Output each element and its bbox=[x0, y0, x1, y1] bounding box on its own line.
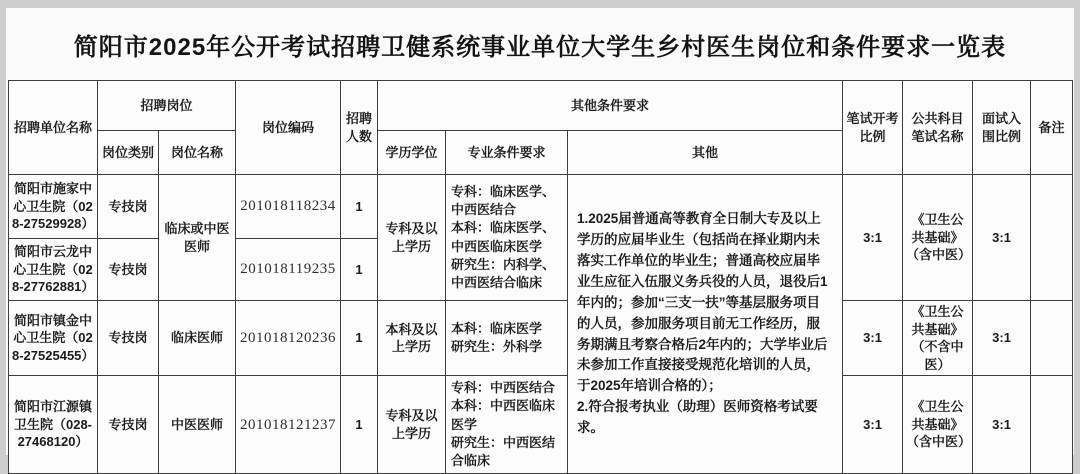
headcount-cell: 1 bbox=[341, 239, 378, 301]
interview-ratio-cell: 3:1 bbox=[973, 175, 1031, 301]
interview-ratio-cell: 3:1 bbox=[973, 301, 1031, 376]
headcount-cell: 1 bbox=[341, 376, 378, 459]
category-cell: 专技岗 bbox=[98, 239, 159, 301]
col-header-job-category: 岗位类别 bbox=[98, 131, 159, 175]
written-ratio-cell: 3:1 bbox=[843, 175, 903, 301]
major-req-cell: 本科：临床医学 研究生：外科学 bbox=[446, 301, 568, 376]
headcount-cell: 1 bbox=[341, 175, 378, 239]
written-subject-cell: 《卫生公共基础》（含中医） bbox=[903, 376, 973, 459]
table-row: 简阳市施家中心卫生院（028-27529928） 专技岗 临床或中医医师 201… bbox=[9, 175, 1073, 239]
table-row: 简阳市江源镇卫生院（028-27468120） 专技岗 中医医师 2010181… bbox=[9, 376, 1073, 459]
headcount-cell: 1 bbox=[341, 301, 378, 376]
category-cell: 专技岗 bbox=[98, 376, 159, 459]
written-subject-cell: 《卫生公共基础》（不含中医） bbox=[903, 301, 973, 376]
page-title: 简阳市2025年公开考试招聘卫健系统事业单位大学生乡村医生岗位和条件要求一览表 bbox=[74, 27, 1006, 62]
col-header-education: 学历学位 bbox=[378, 131, 446, 175]
category-cell: 专技岗 bbox=[98, 301, 159, 376]
col-header-job-name: 岗位名称 bbox=[159, 131, 236, 175]
remark-cell bbox=[1031, 376, 1073, 459]
job-name-cell: 临床医师 bbox=[159, 301, 236, 376]
interview-ratio-cell: 3:1 bbox=[973, 376, 1031, 459]
remark-cell bbox=[1031, 175, 1073, 301]
jobs-table: 招聘单位名称 招聘岗位 岗位编码 招聘人数 其他条件要求 笔试开考比例 公共科目… bbox=[8, 80, 1073, 459]
col-header-major-req: 专业条件要求 bbox=[446, 131, 568, 175]
title-bar: 简阳市2025年公开考试招聘卫健系统事业单位大学生乡村医生岗位和条件要求一览表 bbox=[6, 8, 1074, 80]
col-header-other: 其他 bbox=[568, 131, 843, 175]
col-header-headcount: 招聘人数 bbox=[341, 81, 378, 175]
major-req-cell: 专科：临床医学、中西医结合 本科：临床医学、中西医临床医学 研究生：内科学、中西… bbox=[446, 175, 568, 301]
col-header-job-group: 招聘岗位 bbox=[98, 81, 236, 131]
col-header-written-subject: 公共科目笔试名称 bbox=[903, 81, 973, 175]
remark-cell bbox=[1031, 301, 1073, 376]
education-cell: 本科及以上学历 bbox=[378, 301, 446, 376]
col-header-remarks: 备注 bbox=[1031, 81, 1073, 175]
document-sheet: 简阳市2025年公开考试招聘卫健系统事业单位大学生乡村医生岗位和条件要求一览表 … bbox=[6, 8, 1074, 455]
unit-cell: 简阳市江源镇卫生院（028-27468120） bbox=[9, 376, 98, 459]
col-header-job-code: 岗位编码 bbox=[236, 81, 341, 175]
table-row: 简阳市镇金中心卫生院（028-27525455） 专技岗 临床医师 201018… bbox=[9, 301, 1073, 376]
unit-cell: 简阳市云龙中心卫生院（028-27762881） bbox=[9, 239, 98, 301]
major-req-cell: 专科：中西医结合 本科：中西医临床医学 研究生：中西医结合临床 bbox=[446, 376, 568, 459]
col-header-written-ratio: 笔试开考比例 bbox=[843, 81, 903, 175]
job-name-cell: 临床或中医医师 bbox=[159, 175, 236, 301]
education-cell: 专科及以上学历 bbox=[378, 376, 446, 459]
job-code-cell: 201018118234 bbox=[236, 175, 341, 239]
other-requirements-cell: 1.2025届普通高等教育全日制大专及以上学历的应届毕业生（包括尚在择业期内未落… bbox=[568, 175, 843, 460]
unit-cell: 简阳市施家中心卫生院（028-27529928） bbox=[9, 175, 98, 239]
job-code-cell: 201018119235 bbox=[236, 239, 341, 301]
unit-cell: 简阳市镇金中心卫生院（028-27525455） bbox=[9, 301, 98, 376]
col-header-unit: 招聘单位名称 bbox=[9, 81, 98, 175]
header-row-1: 招聘单位名称 招聘岗位 岗位编码 招聘人数 其他条件要求 笔试开考比例 公共科目… bbox=[9, 81, 1073, 131]
job-name-cell: 中医医师 bbox=[159, 376, 236, 459]
job-code-cell: 201018121237 bbox=[236, 376, 341, 459]
job-code-cell: 201018120236 bbox=[236, 301, 341, 376]
category-cell: 专技岗 bbox=[98, 175, 159, 239]
written-ratio-cell: 3:1 bbox=[843, 301, 903, 376]
col-header-interview-ratio: 面试入围比例 bbox=[973, 81, 1031, 175]
education-cell: 专科及以上学历 bbox=[378, 175, 446, 301]
written-subject-cell: 《卫生公共基础》（含中医） bbox=[903, 175, 973, 301]
col-header-other-req-group: 其他条件要求 bbox=[378, 81, 843, 131]
written-ratio-cell: 3:1 bbox=[843, 376, 903, 459]
